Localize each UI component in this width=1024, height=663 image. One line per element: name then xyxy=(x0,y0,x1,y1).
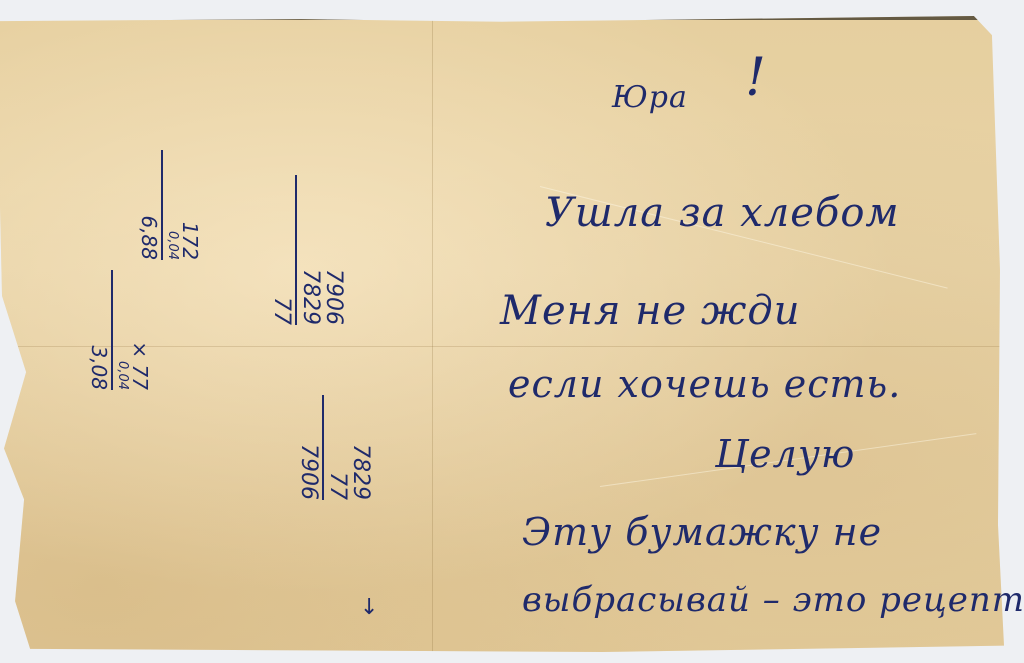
calc-d-rule xyxy=(322,395,324,500)
calc-b-operand1: × 77 xyxy=(129,270,150,390)
note-line-1: Ушла за хлебом xyxy=(545,190,900,236)
calc-c-result: 77 xyxy=(270,175,293,325)
note-greeting-exclamation: ! xyxy=(745,48,766,108)
calc-b-operand1-value: 77 xyxy=(128,365,152,390)
paper-sheet xyxy=(0,16,1004,652)
calculation-c: 7906 7829 77 xyxy=(270,175,345,325)
stray-pen-mark: ↓ xyxy=(360,595,378,620)
calc-a-operand2: 0,04 xyxy=(165,150,179,260)
calc-d-result: 7906 xyxy=(297,395,320,500)
note-line-3: если хочешь есть. xyxy=(508,362,901,406)
calc-b-operand2: 0,04 xyxy=(115,270,129,390)
calculation-b: × 77 0,04 3,08 xyxy=(88,270,150,390)
calculation-a: 172 0,04 6,88 xyxy=(138,150,200,260)
calc-b-operator: × xyxy=(128,341,152,358)
note-greeting: Юра xyxy=(612,80,688,115)
calc-a-rule xyxy=(161,150,163,260)
calculation-d: 7829 77 7906 xyxy=(297,395,372,500)
calc-c-operand2: 7829 xyxy=(299,175,322,325)
note-line-4-signoff: Целую xyxy=(715,432,855,476)
note-line-5: Эту бумажку не xyxy=(522,510,882,554)
calc-d-operand1: 7829 xyxy=(349,395,372,500)
calc-b-result: 3,08 xyxy=(88,270,109,390)
calc-b-rule xyxy=(111,270,113,390)
note-line-2: Меня не жди xyxy=(500,288,801,334)
calc-c-operand1: 7906 xyxy=(322,175,345,325)
vertical-fold xyxy=(432,16,433,652)
calc-d-operand2: 77 xyxy=(326,395,349,500)
note-line-6: выбрасывай – это рецепт. xyxy=(522,580,1024,620)
calc-c-rule xyxy=(295,175,297,325)
calc-a-operand1: 172 xyxy=(179,150,200,260)
calc-a-result: 6,88 xyxy=(138,150,159,260)
